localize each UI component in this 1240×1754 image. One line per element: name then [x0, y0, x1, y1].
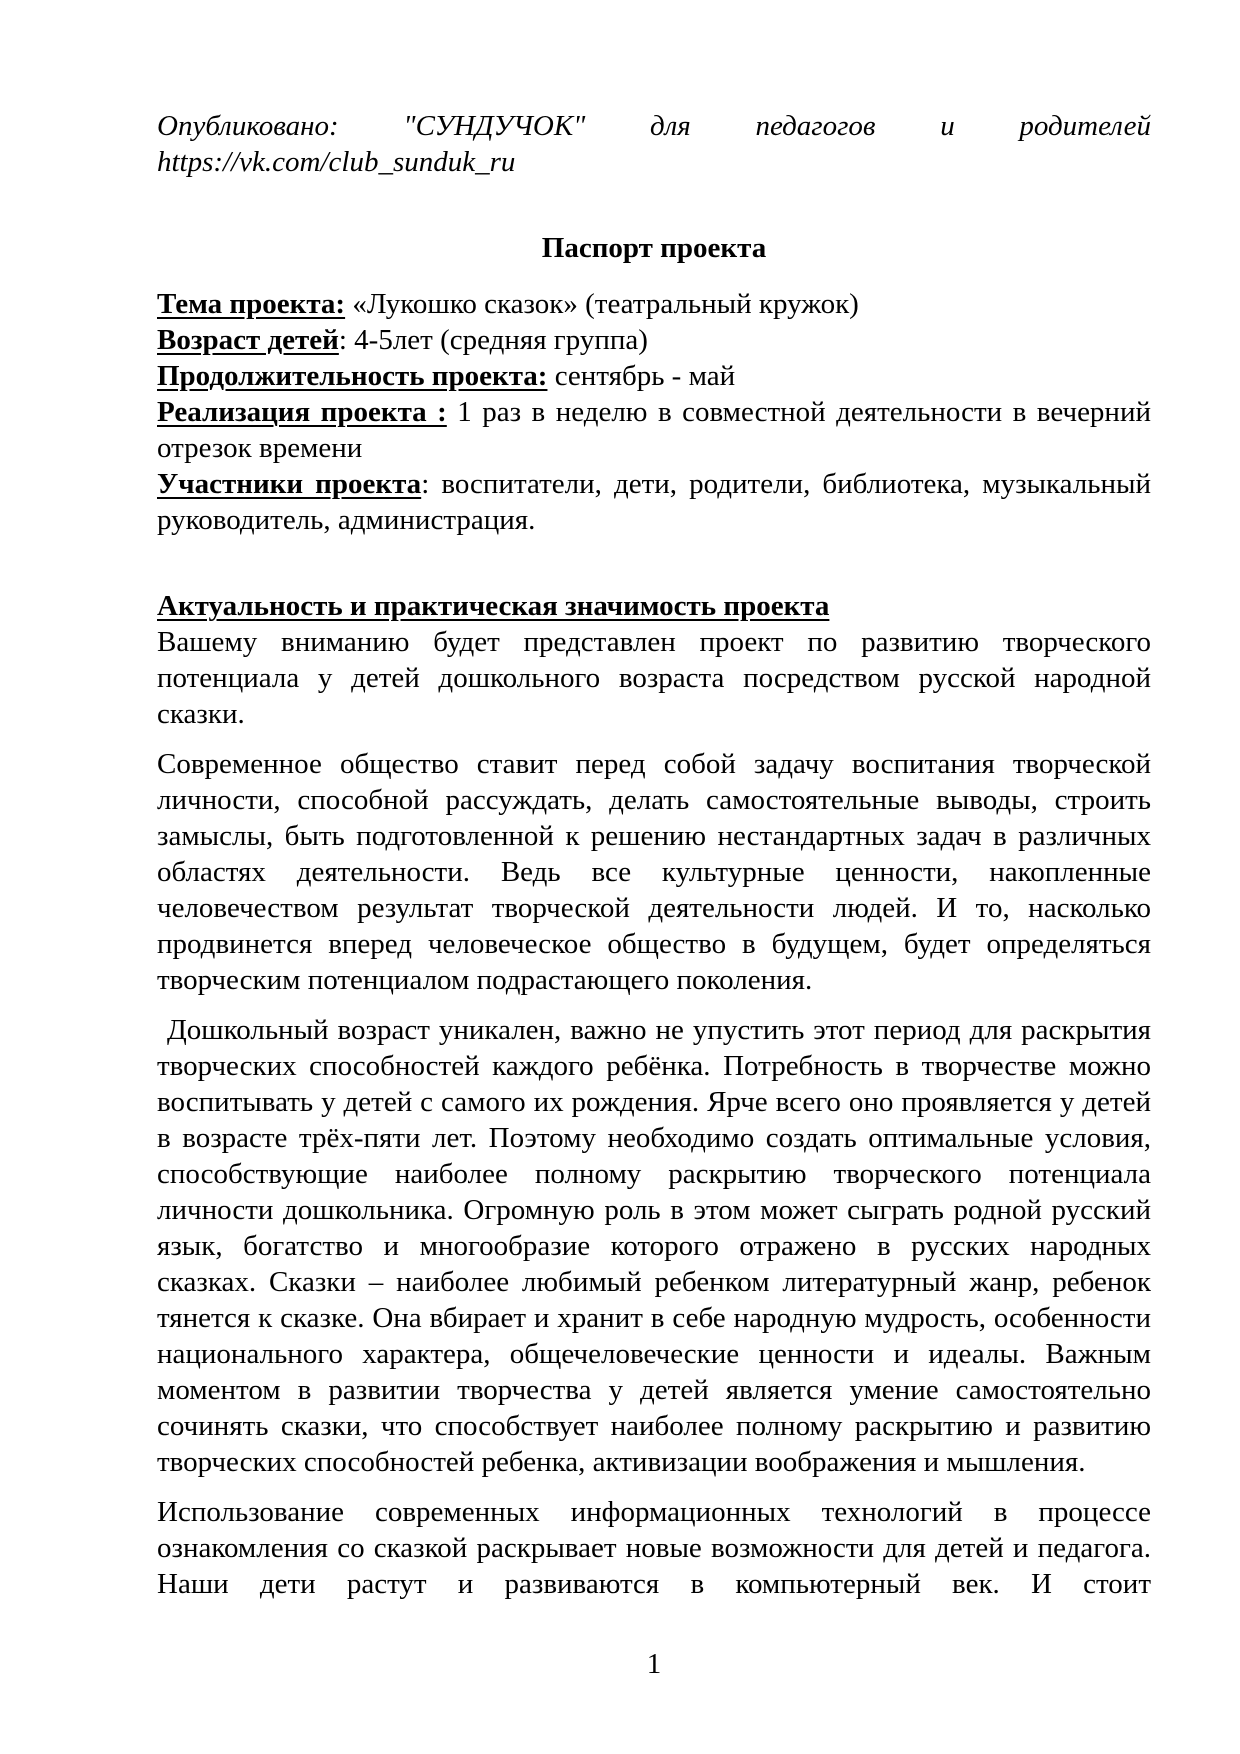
info-row-implementation: Реализация проекта : 1 раз в неделю в со…: [157, 394, 1151, 466]
paragraph-technology: Использование современных информационных…: [157, 1494, 1151, 1602]
info-value-theme: «Лукошко сказок» (театральный кружок): [345, 288, 859, 320]
document-page: Опубликовано: "СУНДУЧОК" для педагогов и…: [0, 0, 1240, 1754]
publication-url: https://vk.com/club_sunduk_ru: [157, 144, 1151, 180]
info-row-age: Возраст детей: 4-5лет (средняя группа): [157, 322, 1151, 358]
info-value-age: : 4-5лет (средняя группа): [339, 324, 648, 356]
info-row-theme: Тема проекта: «Лукошко сказок» (театраль…: [157, 286, 1151, 322]
paragraph-preschool-age: Дошкольный возраст уникален, важно не уп…: [157, 1012, 1151, 1480]
paragraph-society: Современное общество ставит перед собой …: [157, 746, 1151, 998]
document-title: Паспорт проекта: [157, 230, 1151, 266]
section-heading-relevance: Актуальность и практическая значимость п…: [157, 588, 1151, 624]
project-info-block: Тема проекта: «Лукошко сказок» (театраль…: [157, 286, 1151, 538]
info-row-participants: Участники проекта: воспитатели, дети, ро…: [157, 466, 1151, 538]
page-content: Опубликовано: "СУНДУЧОК" для педагогов и…: [157, 108, 1151, 1602]
publication-source-line: Опубликовано: "СУНДУЧОК" для педагогов и…: [157, 108, 1151, 144]
info-label-age: Возраст детей: [157, 324, 339, 356]
info-value-duration: сентябрь - май: [547, 360, 735, 392]
info-label-duration: Продолжительность проекта:: [157, 360, 547, 392]
publication-note: Опубликовано: "СУНДУЧОК" для педагогов и…: [157, 108, 1151, 180]
info-row-duration: Продолжительность проекта: сентябрь - ма…: [157, 358, 1151, 394]
info-label-theme: Тема проекта:: [157, 288, 345, 320]
info-label-participants: Участники проекта: [157, 468, 421, 500]
page-number: 1: [157, 1646, 1151, 1682]
paragraph-intro: Вашему вниманию будет представлен проект…: [157, 624, 1151, 732]
info-label-implementation: Реализация проекта :: [157, 396, 447, 428]
